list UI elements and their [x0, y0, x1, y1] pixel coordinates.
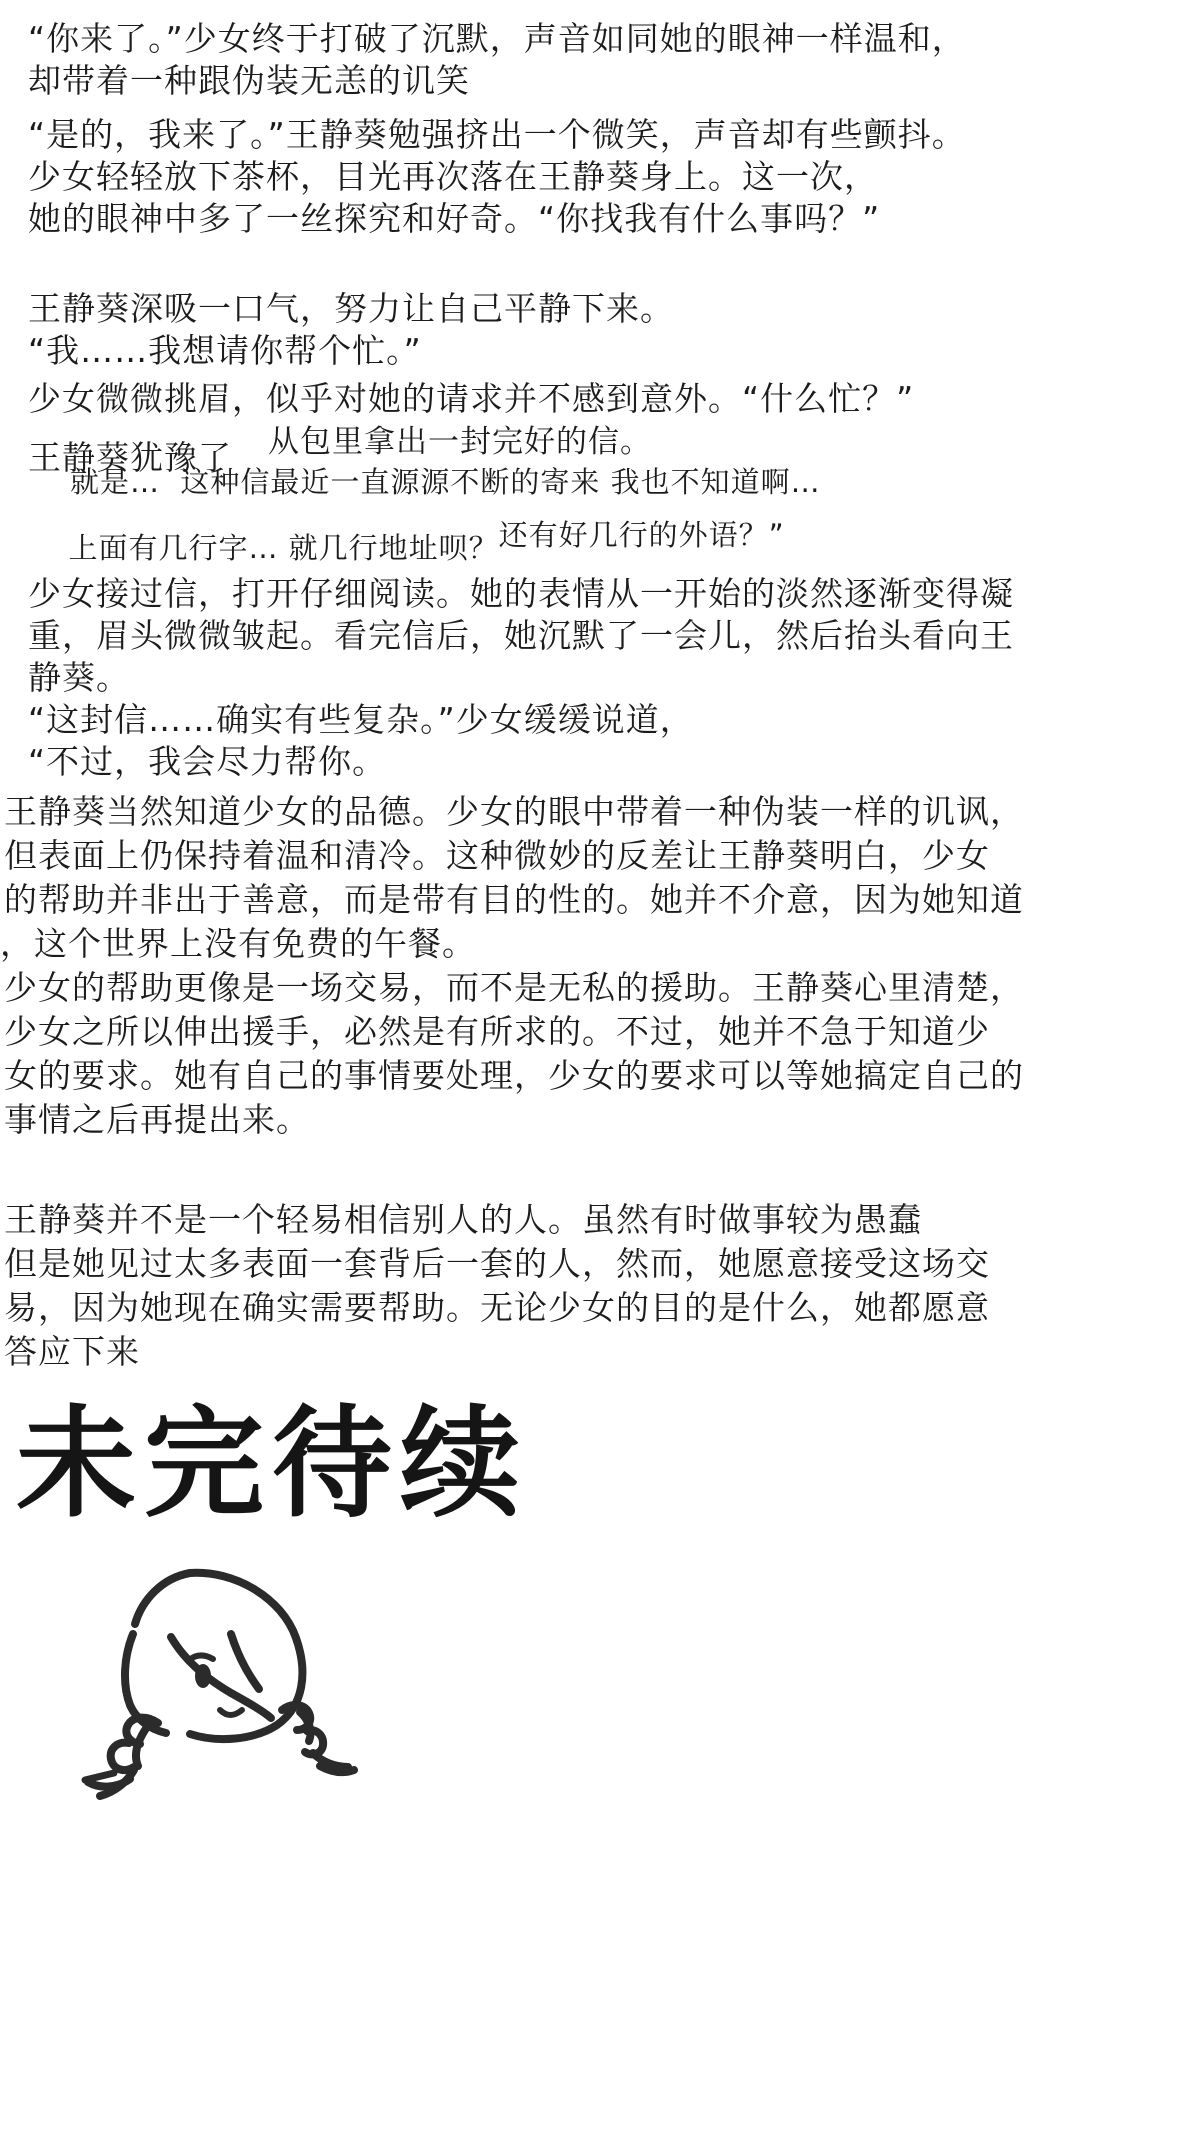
paragraph-3: 少女接过信，打开仔细阅读。她的表情从一开始的淡然逐渐变得凝 重，眉头微微皱起。看… [0, 573, 1200, 783]
story-line: 少女之所以伸出援手，必然是有所求的。不过，她并不急于知道少 [0, 1010, 1200, 1054]
story-line: ，这个世界上没有免费的午餐。 [0, 922, 1200, 966]
girl-doodle-svg [30, 1560, 360, 1890]
story-line: “不过，我会尽力帮你。 [0, 741, 1200, 783]
story-line: 少女的帮助更像是一场交易，而不是无私的援助。王静葵心里清楚， [0, 966, 1200, 1010]
story-line: “是的，我来了。”王静葵勉强挤出一个微笑，声音却有些颤抖。 [0, 114, 1200, 156]
story-line: 王静葵当然知道少女的品德。少女的眼中带着一种伪装一样的讥讽， [0, 790, 1200, 834]
story-line: 王静葵深吸一口气，努力让自己平静下来。 [0, 288, 1200, 330]
paragraph-1b: “是的，我来了。”王静葵勉强挤出一个微笑，声音却有些颤抖。 少女轻轻放下茶杯，目… [0, 114, 1200, 240]
story-line: 但表面上仍保持着温和清冷。这种微妙的反差让王静葵明白，少女 [0, 834, 1200, 878]
paragraph-1: “你来了。”少女终于打破了沉默，声音如同她的眼神一样温和， 却带着一种跟伪装无恙… [0, 18, 1200, 102]
story-line: 少女轻轻放下茶杯，目光再次落在王静葵身上。这一次， [0, 156, 1200, 198]
story-line: 少女接过信，打开仔细阅读。她的表情从一开始的淡然逐渐变得凝 [0, 573, 1200, 615]
interjection-line-2: 上面有几行字… 就几行地址呗？还有好几行的外语？” [48, 492, 785, 567]
story-line: 的帮助并非出于善意，而是带有目的性的。她并不介意，因为她知道 [0, 878, 1200, 922]
story-line: “我……我想请你帮个忙。” [0, 330, 1200, 372]
to-be-continued-title: 未完待续 [16, 1368, 528, 1540]
paragraph-5: 王静葵并不是一个轻易相信别人的人。虽然有时做事较为愚蠢 但是她见过太多表面一套背… [0, 1198, 1200, 1374]
paragraph-4: 王静葵当然知道少女的品德。少女的眼中带着一种伪装一样的讥讽， 但表面上仍保持着温… [0, 790, 1200, 1142]
story-line: 却带着一种跟伪装无恙的讥笑 [0, 60, 1200, 102]
story-line: 易，因为她现在确实需要帮助。无论少女的目的是什么，她都愿意 [0, 1286, 1200, 1330]
story-line: 但是她见过太多表面一套背后一套的人，然而，她愿意接受这场交 [0, 1242, 1200, 1286]
hesitate-inserted-note: 从包里拿出一封完好的信。 [268, 416, 652, 461]
paragraph-2: 王静葵深吸一口气，努力让自己平静下来。 “我……我想请你帮个忙。” 少女微微挑眉… [0, 288, 1200, 425]
story-line: 她的眼神中多了一丝探究和好奇。“你找我有什么事吗？” [0, 198, 1200, 240]
story-line: 重，眉头微微皱起。看完信后，她沉默了一会儿，然后抬头看向王 [0, 615, 1200, 657]
story-line: 王静葵并不是一个轻易相信别人的人。虽然有时做事较为愚蠢 [0, 1198, 1200, 1242]
story-line: 静葵。 [0, 657, 1200, 699]
story-line: “你来了。”少女终于打破了沉默，声音如同她的眼神一样温和， [0, 18, 1200, 60]
story-line: 事情之后再提出来。 [0, 1098, 1200, 1142]
interjection-line-2-left: 上面有几行字… 就几行地址呗？ [68, 531, 498, 565]
story-line: 女的要求。她有自己的事情要处理，少女的要求可以等她搞定自己的 [0, 1054, 1200, 1098]
interjection-line-2-raised: 还有好几行的外语？” [499, 513, 785, 554]
girl-with-braids-doodle [30, 1560, 360, 1890]
story-line: “这封信……确实有些复杂。”少女缓缓说道， [0, 699, 1200, 741]
